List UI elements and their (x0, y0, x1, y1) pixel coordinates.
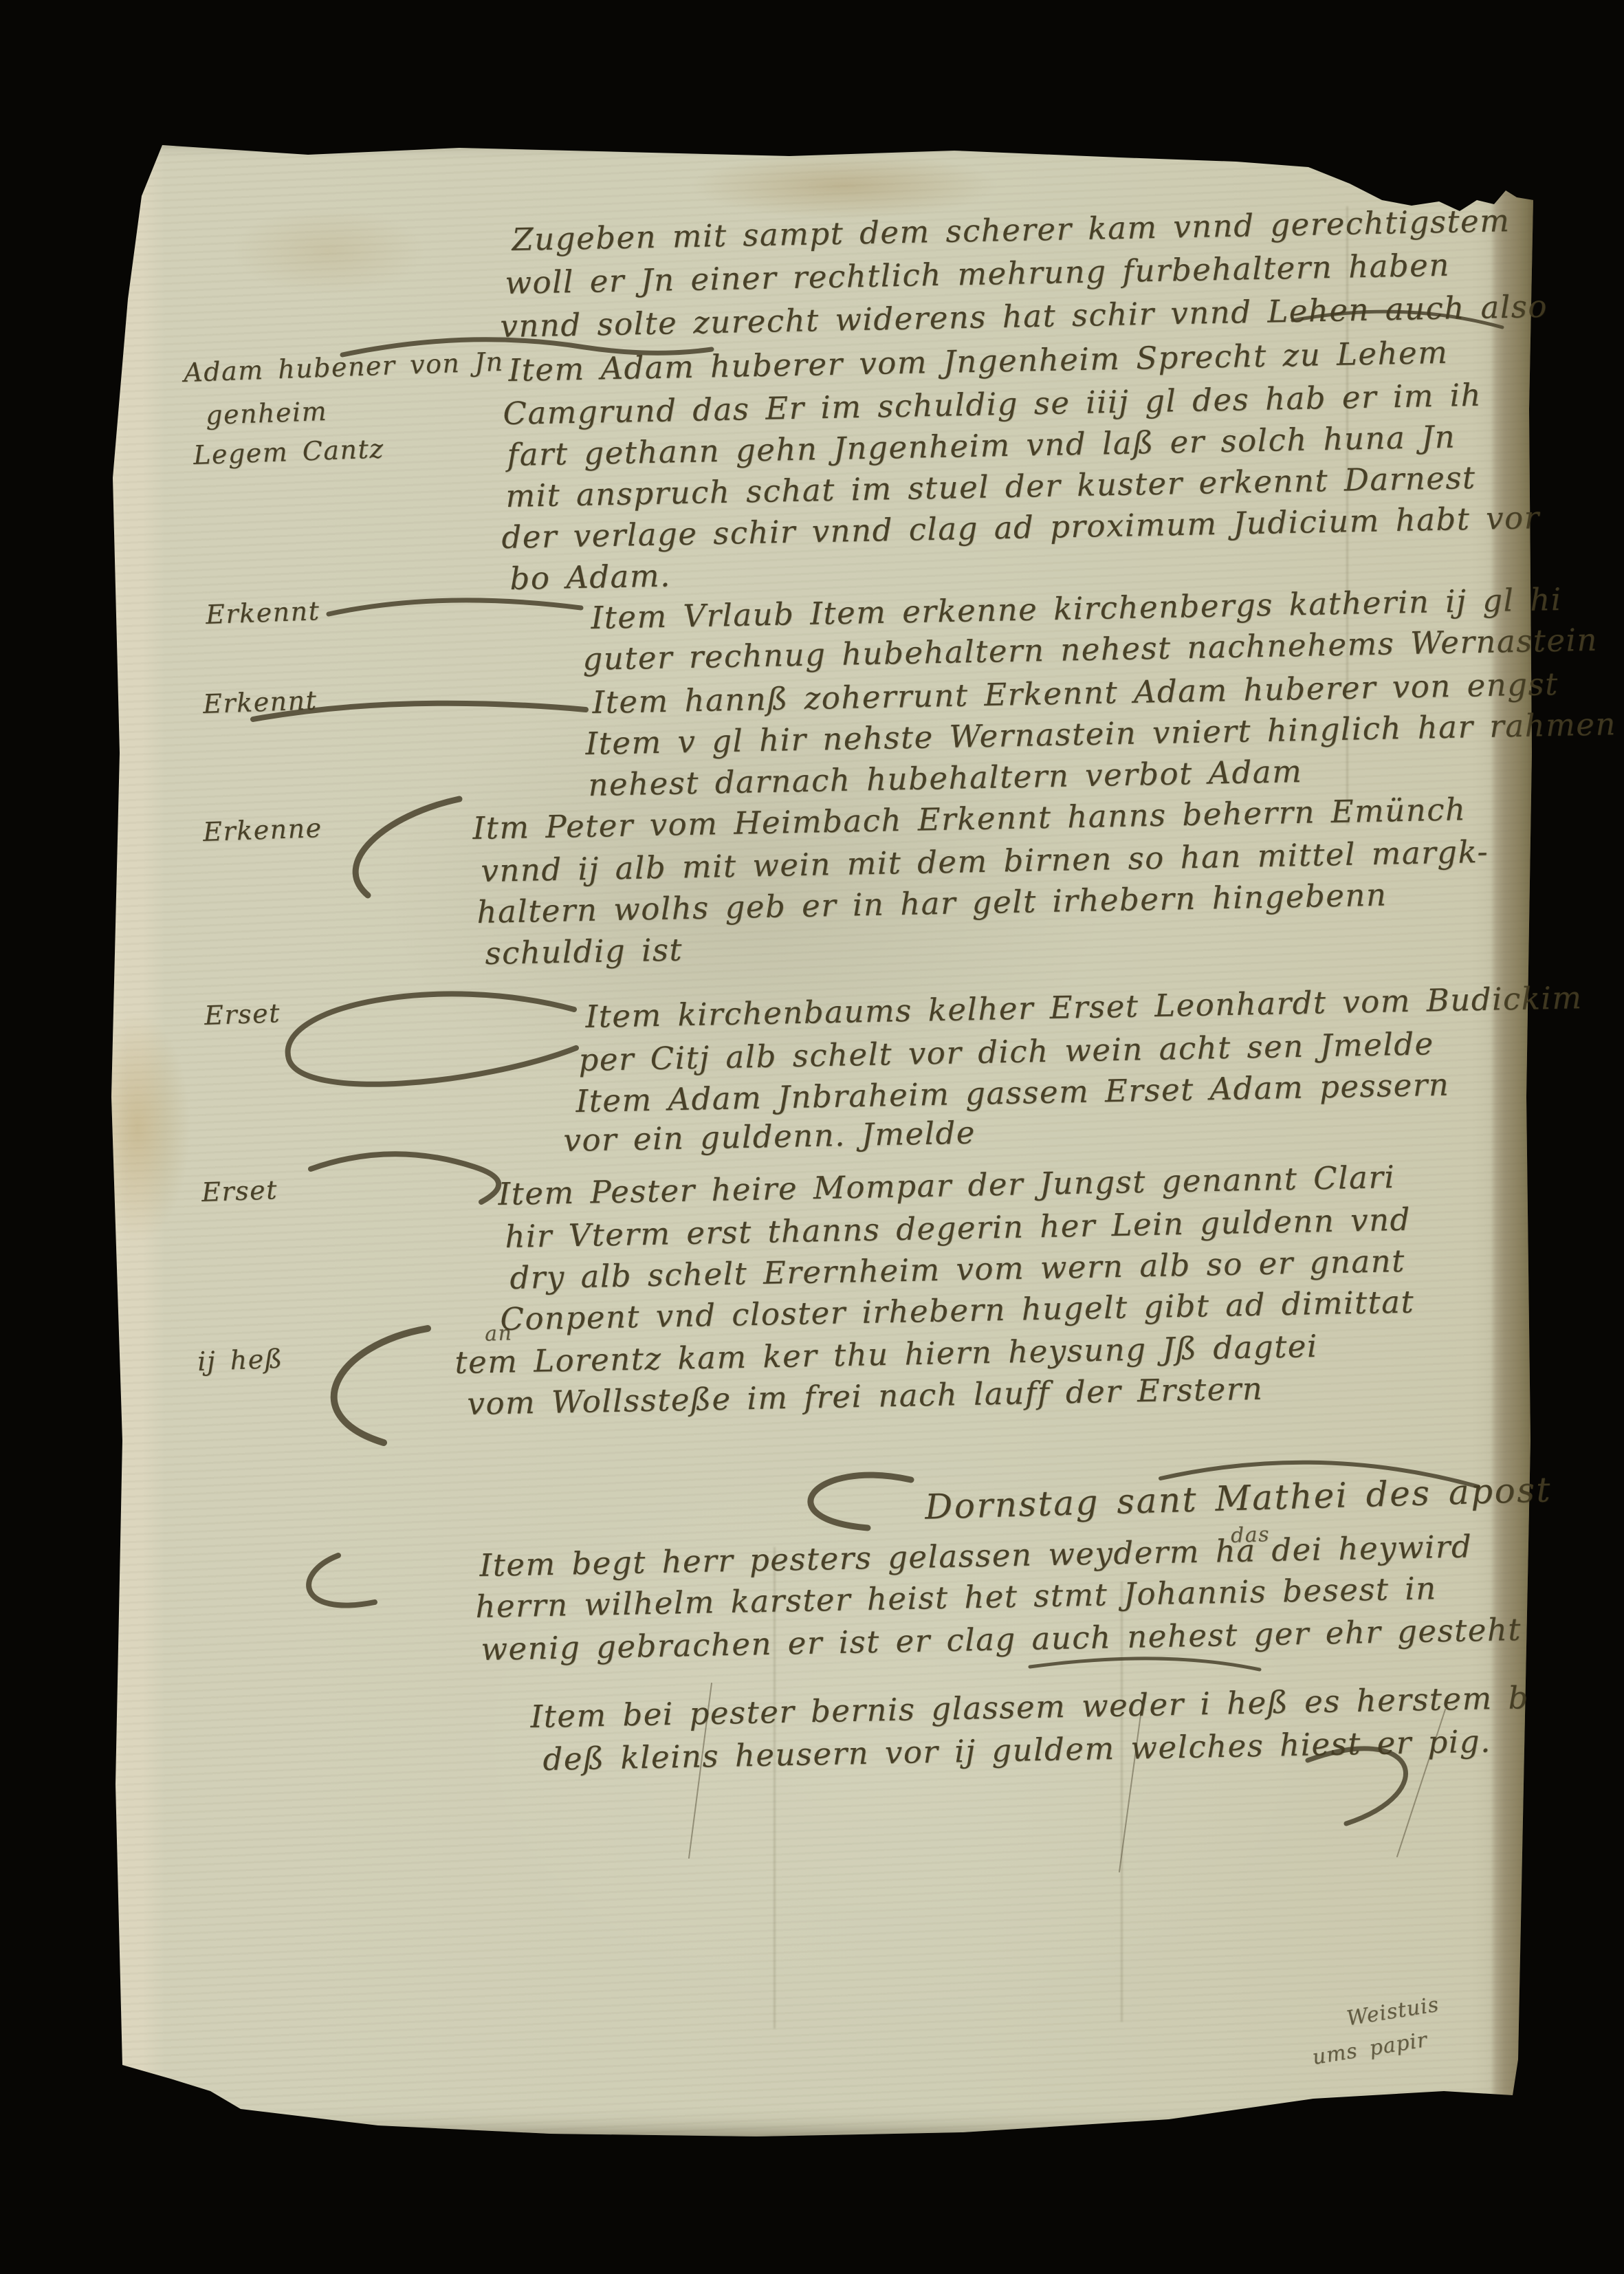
margin-note: genheim (205, 396, 327, 430)
margin-note: ij heß (197, 1344, 283, 1377)
manuscript-line: bo Adam. (509, 558, 671, 597)
margin-note: Erset (201, 1174, 278, 1207)
interlinear-insert: das (1230, 1522, 1270, 1548)
paper-crease (773, 1547, 776, 2029)
interlinear-insert: an (484, 1321, 512, 1346)
margin-note: Erkenne (202, 813, 322, 847)
margin-note: Erkennt (205, 595, 320, 630)
manuscript-line: schuldig ist (485, 931, 683, 972)
margin-note: Erset (204, 998, 281, 1031)
manuscript-photo: Adam hubener von Jn genheim Legem Cantz … (0, 0, 1624, 2274)
margin-note: Erkennt (202, 685, 318, 719)
